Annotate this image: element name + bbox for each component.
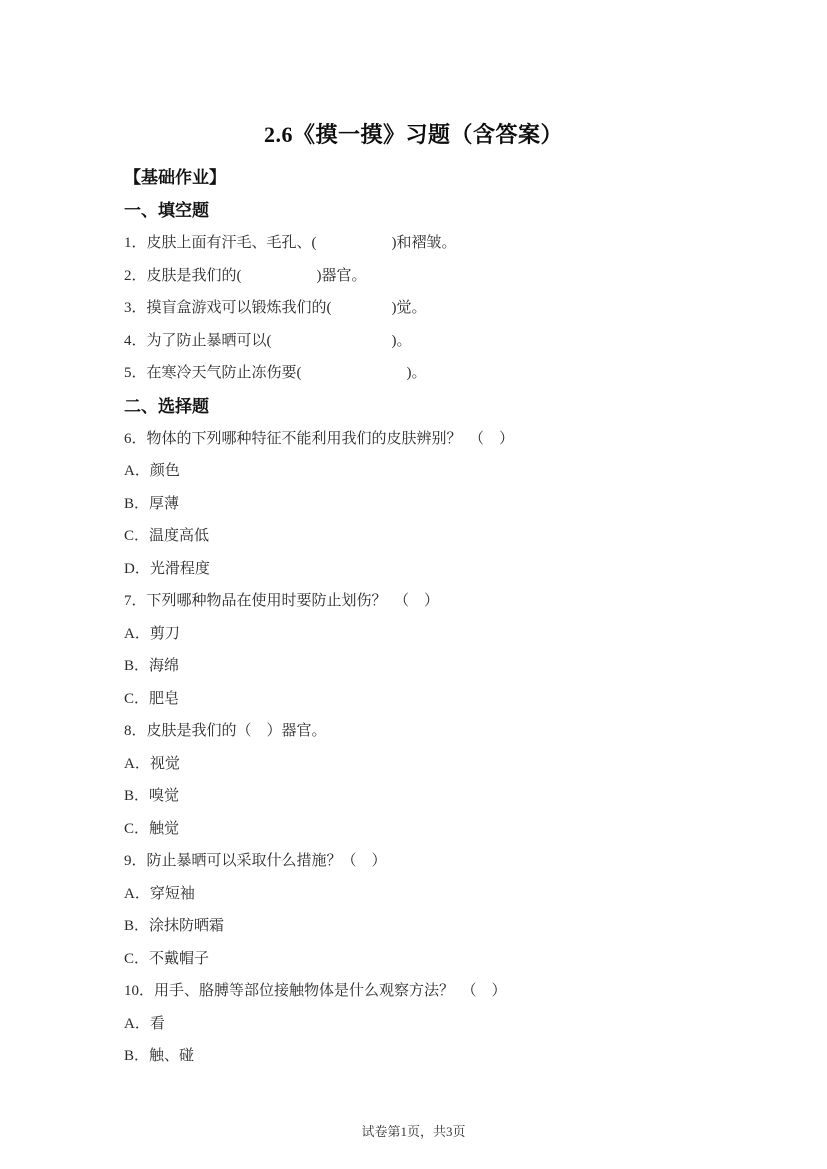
question-2: 2．皮肤是我们的( )器官。 xyxy=(124,260,757,293)
question-6: 6．物体的下列哪种特征不能利用我们的皮肤辨别？ （ ） xyxy=(124,423,757,456)
question-9-option-c: C．不戴帽子 xyxy=(124,943,757,976)
question-10-option-a: A．看 xyxy=(124,1008,757,1041)
question-8-option-c: C．触觉 xyxy=(124,813,757,846)
question-6-option-b: B．厚薄 xyxy=(124,488,757,521)
question-6-option-a: A．颜色 xyxy=(124,455,757,488)
question-7-option-a: A．剪刀 xyxy=(124,618,757,651)
question-7-option-b: B．海绵 xyxy=(124,650,757,683)
page-footer: 试卷第1页，共3页 xyxy=(0,1121,827,1140)
question-6-option-c: C．温度高低 xyxy=(124,520,757,553)
worksheet-page: 2.6《摸一摸》习题（含答案） 【基础作业】 一、填空题 1．皮肤上面有汗毛、毛… xyxy=(0,0,827,1169)
question-9-option-b: B．涂抹防晒霜 xyxy=(124,910,757,943)
question-5: 5．在寒冷天气防止冻伤要( )。 xyxy=(124,357,757,390)
question-1: 1．皮肤上面有汗毛、毛孔、( )和褶皱。 xyxy=(124,227,757,260)
question-9-option-a: A．穿短袖 xyxy=(124,878,757,911)
question-8: 8．皮肤是我们的（ ）器官。 xyxy=(124,715,757,748)
question-8-option-a: A．视觉 xyxy=(124,748,757,781)
question-3: 3．摸盲盒游戏可以锻炼我们的( )觉。 xyxy=(124,292,757,325)
question-10-option-b: B．触、碰 xyxy=(124,1040,757,1073)
part1-heading-fill-in-blanks: 一、填空题 xyxy=(124,194,757,227)
question-7-option-c: C．肥皂 xyxy=(124,683,757,716)
question-8-option-b: B．嗅觉 xyxy=(124,780,757,813)
worksheet-body: 【基础作业】 一、填空题 1．皮肤上面有汗毛、毛孔、( )和褶皱。 2．皮肤是我… xyxy=(0,161,827,1073)
question-10: 10．用手、胳膊等部位接触物体是什么观察方法？ （ ） xyxy=(124,975,757,1008)
question-9: 9．防止暴晒可以采取什么措施？（ ） xyxy=(124,845,757,878)
part2-heading-multiple-choice: 二、选择题 xyxy=(124,390,757,423)
question-7: 7．下列哪种物品在使用时要防止划伤？ （ ） xyxy=(124,585,757,618)
question-6-option-d: D．光滑程度 xyxy=(124,553,757,586)
question-4: 4．为了防止暴晒可以( )。 xyxy=(124,325,757,358)
section-heading-basic-homework: 【基础作业】 xyxy=(124,161,757,194)
page-title: 2.6《摸一摸》习题（含答案） xyxy=(0,118,827,152)
